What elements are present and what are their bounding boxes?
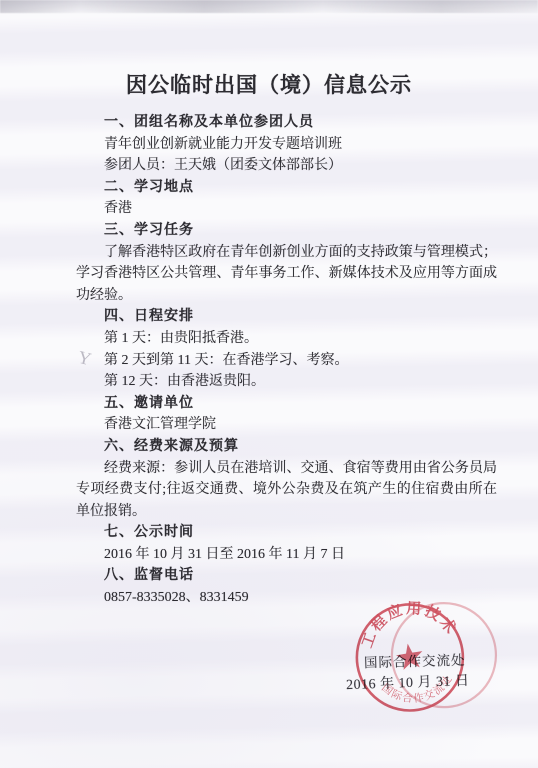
stamp-arc-bottom-text: 国际合作交流处 bbox=[378, 670, 458, 710]
paragraph: 香港 bbox=[76, 198, 497, 220]
stamp-arc-bottom-text-holder: 国际合作交流处 bbox=[378, 670, 458, 710]
paragraph: 了解香港特区政府在青年创新创业方面的支持政策与管理模式；学习香港特区公共管理、青… bbox=[76, 242, 497, 307]
paragraph: 第 2 天到第 11 天：在香港学习、考察。 bbox=[76, 350, 497, 372]
paragraph: 经费来源：参训人员在港培训、交通、食宿等费用由省公务员局专项经费支付;往返交通费… bbox=[76, 458, 497, 523]
section-heading-1: 一、团组名称及本单位参团人员 bbox=[76, 112, 497, 134]
section-heading-8: 八、监督电话 bbox=[76, 565, 497, 587]
section-heading-6: 六、经费来源及预算 bbox=[76, 436, 497, 458]
page-title: 因公临时出国（境）信息公示 bbox=[0, 72, 538, 100]
stamp-star-icon bbox=[395, 642, 425, 671]
paragraph: 青年创业创新就业能力开发专题培训班 bbox=[76, 134, 497, 156]
paragraph: 2016 年 10 月 31 日至 2016 年 11 月 7 日 bbox=[76, 544, 497, 566]
section-heading-3: 三、学习任务 bbox=[76, 220, 497, 242]
paragraph: 第 12 天：由香港返贵阳。 bbox=[76, 371, 497, 393]
paragraph: 参团人员：王天娥（团委文体部部长） bbox=[76, 155, 497, 177]
official-seal-stamp: 工程应用技术 国际合作交流处 bbox=[344, 594, 520, 730]
paragraph: 香港文汇管理学院 bbox=[76, 414, 497, 436]
paragraph: 第 1 天：由贵阳抵香港。 bbox=[76, 328, 497, 350]
section-heading-4: 四、日程安排 bbox=[76, 306, 497, 328]
section-heading-7: 七、公示时间 bbox=[76, 522, 497, 544]
document-body: 一、团组名称及本单位参团人员 青年创业创新就业能力开发专题培训班 参团人员：王天… bbox=[76, 112, 497, 609]
scanned-notice-page: 因公临时出国（境）信息公示 一、团组名称及本单位参团人员 青年创业创新就业能力开… bbox=[0, 0, 538, 768]
section-heading-5: 五、邀请单位 bbox=[76, 393, 497, 415]
section-heading-2: 二、学习地点 bbox=[76, 177, 497, 199]
scan-edge-artifact bbox=[0, 0, 538, 13]
